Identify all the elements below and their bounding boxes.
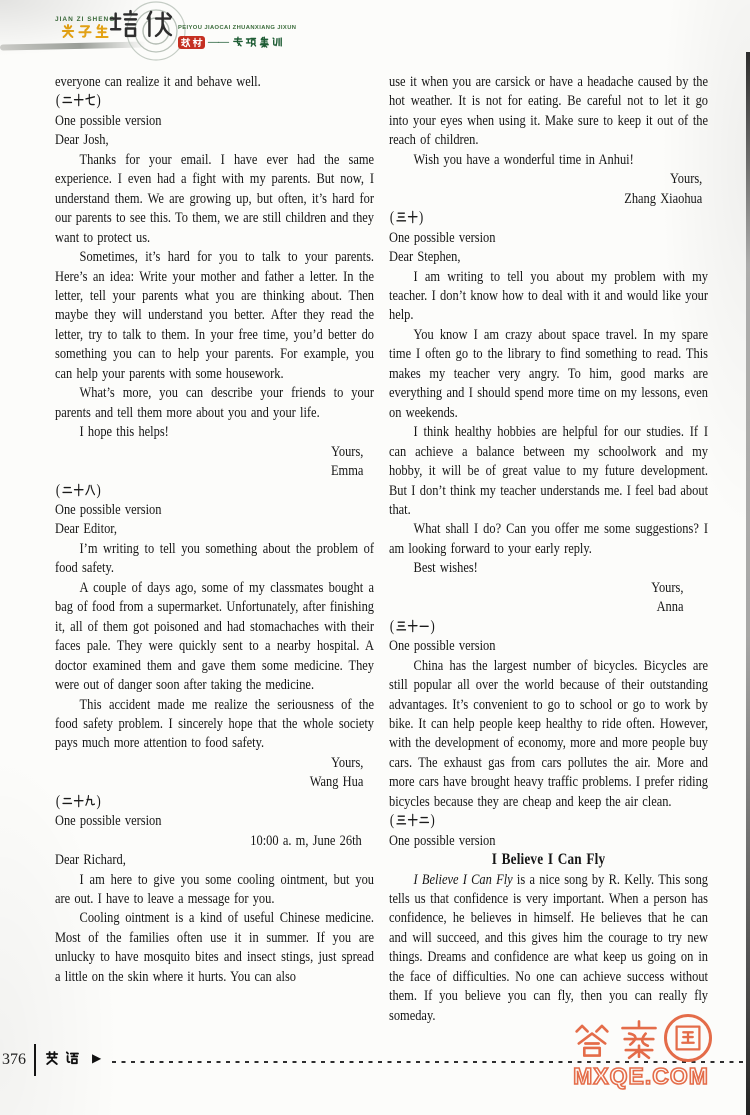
paragraph: Best wishes!	[389, 558, 708, 577]
signature-yours: Yours,	[389, 169, 708, 188]
section-heading-30: ()（三十）	[389, 208, 708, 227]
paragraph: I am here to give you some cooling ointm…	[55, 870, 374, 909]
letter-date: 10:00 a. m, June 26th	[55, 831, 374, 850]
brand-tag-series: 专项集训	[231, 33, 283, 51]
paragraph-rest: is a nice song by R. Kelly. This song te…	[389, 871, 708, 1024]
signature-yours: Yours,	[55, 753, 374, 772]
footer-subject-label: 英 语	[44, 1050, 84, 1069]
signature-name: Anna	[389, 597, 708, 616]
subheading: One possible version	[389, 636, 708, 655]
paragraph: You know I am crazy about space travel. …	[389, 325, 708, 422]
section-heading-32: ()（三十二）	[389, 811, 708, 830]
paragraph: Sometimes, it’s hard for you to talk to …	[55, 247, 374, 383]
paragraph: What shall I do? Can you offer me some s…	[389, 519, 708, 558]
essay-title: I Believe I Can Fly	[389, 850, 708, 869]
page-edge-shadow	[746, 52, 750, 1115]
watermark: 答案圈 MXQE.COM	[562, 1014, 720, 1090]
brand-tag-box: 教材	[178, 36, 205, 49]
subheading: One possible version	[55, 500, 374, 519]
brand-pinyin-right: PEIYOU JIAOCAI ZHUANXIANG JIXUN	[178, 25, 296, 31]
paragraph: Cooling ointment is a kind of useful Chi…	[55, 908, 374, 986]
section-heading-31: ()（三十一）	[389, 617, 708, 636]
paragraph: Wish you have a wonderful time in Anhui!	[389, 150, 708, 169]
brand-tagline: PEIYOU JIAOCAI ZHUANXIANG JIXUN 教材 —— 专项…	[178, 25, 296, 51]
signature-yours: Yours,	[55, 442, 374, 461]
signature-yours: Yours,	[389, 578, 708, 597]
paragraph: I am writing to tell you about my proble…	[389, 267, 708, 325]
section-heading-27: ()（二十七）	[55, 91, 374, 110]
salutation: Dear Josh,	[55, 130, 374, 149]
section-heading-29: ()（二十九）	[55, 792, 374, 811]
brand-tag-dash: ——	[208, 36, 228, 48]
signature-name: Zhang Xiaohua	[389, 189, 708, 208]
salutation: Dear Editor,	[55, 519, 374, 538]
paragraph: A couple of days ago, some of my classma…	[55, 578, 374, 695]
paragraph: I think healthy hobbies are helpful for …	[389, 422, 708, 519]
paragraph: China has the largest number of bicycles…	[389, 656, 708, 812]
paragraph: This accident made me realize the seriou…	[55, 695, 374, 753]
footer-arrow-icon: ▶	[92, 1051, 101, 1065]
paragraph: Thanks for your email. I have ever had t…	[55, 150, 374, 247]
right-column: use it when you are carsick or have a he…	[389, 72, 708, 1025]
paragraph: I Believe I Can Fly is a nice song by R.…	[389, 870, 708, 1026]
body-text: use it when you are carsick or have a he…	[389, 72, 708, 150]
body-text: everyone can realize it and behave well.	[55, 72, 374, 91]
brand-logo: JIAN ZI SHENG 尖子生 培优 PEIYOU JIAOCAI ZHUA…	[28, 5, 278, 65]
paragraph: I’m writing to tell you something about …	[55, 539, 374, 578]
brand-big-chars: 培优	[106, 7, 176, 43]
page-number: 376	[2, 1051, 26, 1069]
signature-name: Emma	[55, 461, 374, 480]
paragraph: I hope this helps!	[55, 422, 374, 441]
subheading: One possible version	[389, 831, 708, 850]
salutation: Dear Stephen,	[389, 247, 708, 266]
salutation: Dear Richard,	[55, 850, 374, 869]
song-title-italic: I Believe I Can Fly	[414, 871, 513, 888]
footer-divider	[34, 1044, 36, 1076]
signature-name: Wang Hua	[55, 772, 374, 791]
watermark-url: MXQE.COM	[562, 1063, 720, 1090]
left-column: everyone can realize it and behave well.…	[55, 72, 374, 986]
paragraph: What’s more, you can describe your frien…	[55, 383, 374, 422]
watermark-chars: 答案圈	[562, 1014, 720, 1062]
brand-small-chars	[60, 24, 111, 41]
subheading: One possible version	[55, 811, 374, 830]
subheading: One possible version	[55, 111, 374, 130]
subheading: One possible version	[389, 228, 708, 247]
watermark-circle-icon	[664, 1014, 712, 1062]
section-heading-28: ()（二十八）	[55, 481, 374, 500]
